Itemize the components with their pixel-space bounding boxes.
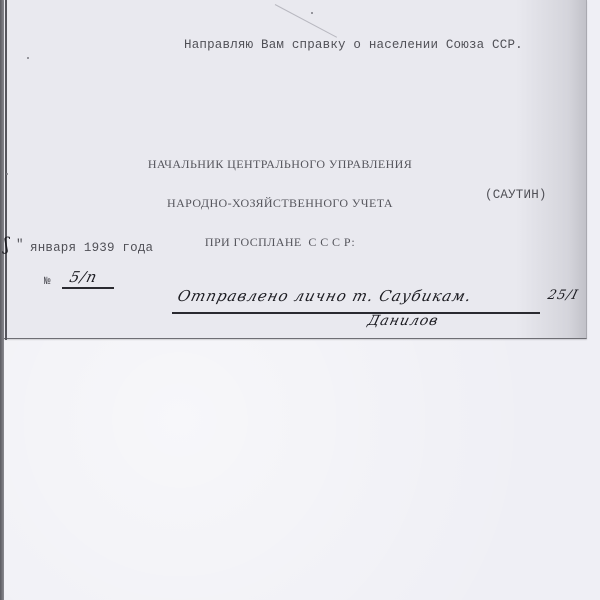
handwritten-signature: Данилов <box>366 313 440 329</box>
signatory-title-line-1: НАЧАЛЬНИК ЦЕНТРАЛЬНОГО УПРАВЛЕНИЯ <box>120 158 440 171</box>
handwritten-dispatch-date: 25/I <box>546 288 580 303</box>
signatory-title: НАЧАЛЬНИК ЦЕНТРАЛЬНОГО УПРАВЛЕНИЯ НАРОДН… <box>120 132 440 262</box>
signatory-title-line-2: НАРОДНО-ХОЗЯЙСТВЕННОГО УЧЕТА <box>120 197 440 210</box>
handwritten-dispatch-note: Отправлено лично т. Саубикам. <box>176 287 474 305</box>
number-underline <box>62 287 114 289</box>
paper-speck <box>27 57 29 59</box>
intro-line: Направляю Вам справку о населении Союза … <box>184 38 523 52</box>
date-day-mark: " <box>16 238 24 252</box>
number-handwritten: 5/п <box>68 268 100 286</box>
date-day-handwritten: ʃ <box>4 234 10 255</box>
dispatch-note-underline <box>172 312 540 314</box>
date-line: января 1939 года <box>30 241 153 255</box>
paper-speck <box>311 12 313 14</box>
number-prefix: № <box>44 276 51 288</box>
paper-speck <box>6 173 8 175</box>
margin-rule-line <box>5 0 7 340</box>
signatory-title-line-3: ПРИ ГОСПЛАНЕ С С С Р: <box>120 236 440 249</box>
signatory-name: (САУТИН) <box>485 188 547 202</box>
